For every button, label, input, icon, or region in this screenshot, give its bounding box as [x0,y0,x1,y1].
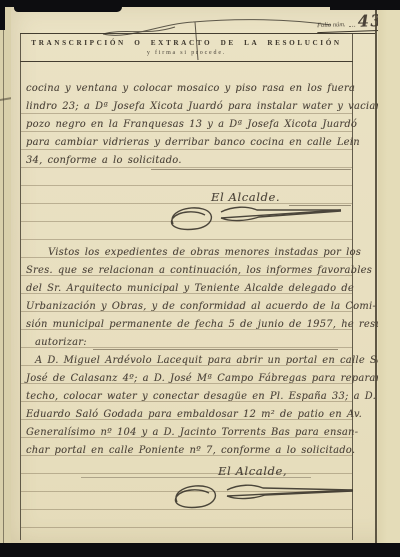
handwriting-line: 34, conforme a lo solicitado. [26,152,348,170]
handwriting-line: lindro 23; a Dª Josefa Xicota Juardó par… [26,98,348,116]
handwriting-line: Urbanización y Obras, y de conformidad a… [26,298,348,316]
handwriting-line: techo, colocar water y conectar desagüe … [26,388,348,406]
handwriting-line: Generalísimo nº 104 y a D. Jacinto Torre… [26,424,348,442]
margin-frame-left [20,33,21,540]
handwriting-line: pozo negro en la Franquesas 13 y a Dª Jo… [26,116,348,134]
scan-border-bottom [0,543,400,557]
handwriting-line: char portal en calle Poniente nº 7, conf… [26,442,348,460]
handwriting-line: Vistos los expedientes de obras menores … [26,244,348,262]
signature-flourish-2 [163,478,363,523]
handwritten-paragraph-2: Vistos los expedientes de obras menores … [26,244,348,460]
scan-border-top-bump [14,0,122,12]
next-page-sliver [378,4,400,544]
signature-label-alcalde-2: El Alcalde, [218,464,287,478]
folio-dotted-leader [349,25,355,27]
scan-border-top-right [330,0,400,10]
handwriting-line: autorizar: [26,334,348,352]
page-right-edge [375,4,377,544]
handwriting-line: José de Calasanz 4º; a D. José Mª Campo … [26,370,348,388]
scanned-register-page: TRANSCRIPCIÓN O EXTRACTO DE LA RESOLUCIÓ… [0,0,400,557]
handwriting-line: Sres. que se relacionan a continuación, … [26,262,348,280]
top-pen-flourish [89,10,341,62]
handwriting-line: sión municipal permanente de fecha 5 de … [26,316,348,334]
handwriting-line: para cambiar vidrieras y derribar banco … [26,134,348,152]
signature-flourish-1 [159,202,349,242]
handwriting-line: del Sr. Arquitecto municipal y Teniente … [26,280,348,298]
paper-sheet: TRANSCRIPCIÓN O EXTRACTO DE LA RESOLUCIÓ… [11,4,400,544]
handwritten-paragraph-1: cocina y ventana y colocar mosaico y pis… [26,80,348,170]
scan-border-left-top [0,0,5,30]
handwriting-line: A D. Miguel Ardévolo Lacequit para abrir… [26,352,348,370]
page-edge-line [3,4,4,544]
handwriting-line: cocina y ventana y colocar mosaico y pis… [26,80,348,98]
handwriting-line: Eduardo Saló Godada para embaldosar 12 m… [26,406,348,424]
